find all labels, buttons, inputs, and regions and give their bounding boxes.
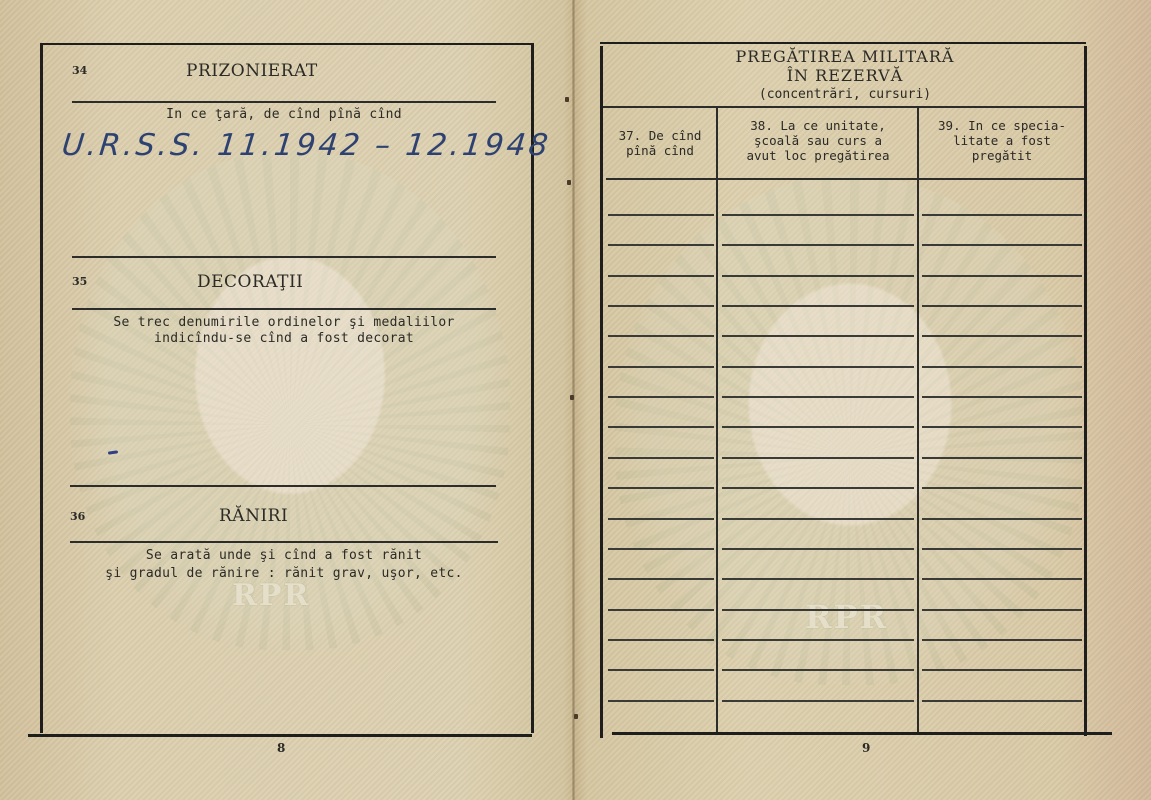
stitch-mark <box>565 97 569 102</box>
section-number: 35 <box>72 275 87 288</box>
table-row[interactable] <box>600 336 1084 366</box>
table-row[interactable] <box>600 427 1084 457</box>
stitch-mark <box>567 180 571 185</box>
column-header-line: litate a fost <box>922 133 1082 148</box>
section-number: 36 <box>70 510 85 523</box>
table-row[interactable] <box>600 639 1084 669</box>
column-header-unit: 38. La ce unitate, şcoală sau curs a avu… <box>720 118 916 163</box>
table-row[interactable] <box>600 305 1084 335</box>
table-title-line2: ÎN REZERVĂ <box>610 66 1080 85</box>
section-rule <box>70 541 498 543</box>
stitch-mark <box>570 395 574 400</box>
section-instruction-line1: Se arată unde şi cînd a fost rănit <box>66 547 502 565</box>
table-title-rule <box>603 106 1084 108</box>
table-row[interactable] <box>600 366 1084 396</box>
page-number-right: 9 <box>862 741 870 755</box>
table-header-rule <box>606 178 1084 180</box>
column-header-specialty: 39. In ce specia- litate a fost pregătit <box>922 118 1082 163</box>
table-row[interactable] <box>600 184 1084 214</box>
table-row[interactable] <box>600 214 1084 244</box>
stitch-mark <box>574 714 578 719</box>
book-spine <box>572 0 575 800</box>
table-row[interactable] <box>600 245 1084 275</box>
section-divider <box>70 485 496 487</box>
section-title: PRIZONIERAT <box>186 61 318 81</box>
page-bottom-rule <box>28 734 532 737</box>
table-row[interactable] <box>600 518 1084 548</box>
column-header-line: pînă cînd <box>604 143 716 158</box>
section-instruction: In ce ţară, de cînd pînă cînd <box>72 106 496 124</box>
column-header-line: 39. In ce specia- <box>922 118 1082 133</box>
column-header-line: 38. La ce unitate, <box>720 118 916 133</box>
table-row[interactable] <box>600 488 1084 518</box>
row-rule <box>922 700 1082 702</box>
table-row[interactable] <box>600 609 1084 639</box>
section-instruction-line2: indicîndu-se cînd a fost decorat <box>66 330 502 348</box>
column-header-line: avut loc pregătirea <box>720 148 916 163</box>
table-row[interactable] <box>600 457 1084 487</box>
table-row[interactable] <box>600 396 1084 426</box>
table-subtitle: (concentrări, cursuri) <box>610 87 1080 102</box>
section-title: DECORAŢII <box>197 272 303 292</box>
table-row[interactable] <box>600 275 1084 305</box>
column-header-line: şcoală sau curs a <box>720 133 916 148</box>
section-instruction-line2: şi gradul de rănire : rănit grav, uşor, … <box>66 565 502 583</box>
section-rule <box>72 308 496 310</box>
column-header-line: 37. De cînd <box>604 128 716 143</box>
section-number: 34 <box>72 64 87 77</box>
table-title-line1: PREGĂTIREA MILITARĂ <box>610 47 1080 66</box>
reserve-training-table: PREGĂTIREA MILITARĂ ÎN REZERVĂ (concentr… <box>600 42 1118 732</box>
table-top-border <box>600 42 1086 44</box>
table-row[interactable] <box>600 670 1084 700</box>
column-header-dates: 37. De cînd pînă cînd <box>604 128 716 158</box>
section-divider <box>72 256 496 258</box>
table-bottom-border <box>612 732 1112 735</box>
row-rule <box>608 700 714 702</box>
section-title: RĂNIRI <box>219 506 288 526</box>
row-rule <box>722 700 914 702</box>
column-header-line: pregătit <box>922 148 1082 163</box>
handwritten-prisoner-entry[interactable]: U.R.S.S. 11.1942 – 12.1948 <box>60 128 524 163</box>
table-right-border <box>1084 46 1087 736</box>
page-number-left: 8 <box>277 741 285 755</box>
section-rule <box>72 101 496 103</box>
table-row[interactable] <box>600 579 1084 609</box>
table-row[interactable] <box>600 548 1084 578</box>
